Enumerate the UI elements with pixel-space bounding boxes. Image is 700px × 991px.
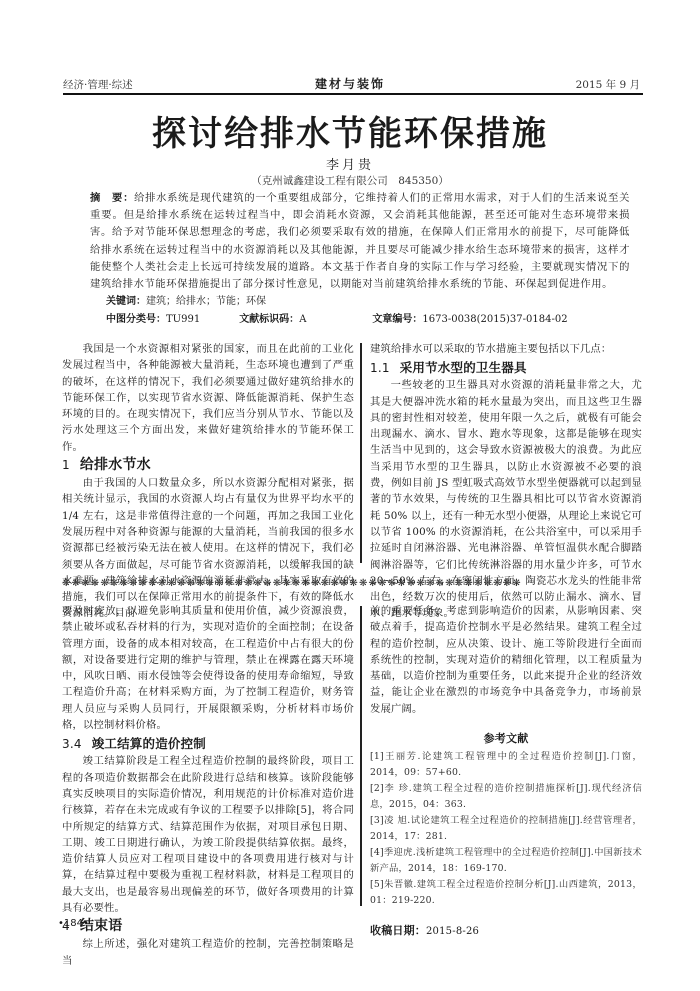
section-4-heading: 4结束语 — [62, 917, 354, 935]
column-divider — [360, 606, 362, 906]
star-divider: ❋❋❋❋❋❋❋❋❋❋❋❋❋❋❋❋❋❋❋❋❋❋❋❋❋❋❋❋❋❋❋❋❋❋❋❋❋❋❋❋… — [62, 578, 642, 589]
reference-item: [5]朱晋徽.建筑工程全过程造价控制分析[J].山西建筑，2013，01：219… — [370, 877, 642, 909]
abstract: 摘 要：给排水系统是现代建筑的一个重要组成部分，它维持着人们的正常用水需求，对于… — [90, 190, 630, 293]
reference-item: [2]李 珍.建筑工程全过程的造价控制措施探析[J].现代经济信息，2015，0… — [370, 781, 642, 813]
section-3-4-heading: 3.4竣工结算的造价控制 — [62, 735, 354, 753]
column-divider — [360, 343, 362, 563]
continued-paragraph: 要及时安放，以避免影响其质量和使用价值，减少资源浪费，禁止破坏或私吞材料的行为，… — [62, 603, 354, 733]
conclusion-continued: 前的重要任务，考虑到影响造价的因素，从影响因素、突破点着手，提高造价控制水平是必… — [370, 603, 642, 717]
article-title: 探讨给排水节能环保措施 — [0, 106, 700, 155]
references-title: 参考文献 — [370, 731, 642, 747]
page-number: •184• — [58, 918, 89, 929]
reference-item: [1]王丽芳.论建筑工程管理中的全过程造价控制[J].门窗，2014，09：57… — [370, 749, 642, 781]
intro-paragraph: 我国是一个水资源相对紧张的国家，而且在此前的工业化发展过程当中，各种能源被大量消… — [62, 341, 354, 455]
author: 李月贵 — [0, 154, 700, 173]
issue-date: 2015 年 9 月 — [576, 77, 640, 92]
section-1-heading: 1给排水节水 — [62, 456, 354, 474]
keywords: 关键词：建筑；给排水；节能；环保 — [106, 292, 266, 307]
clc-field: 中图分类号：TU991 — [106, 310, 236, 325]
section-4-paragraph: 综上所述，强化对建筑工程造价的控制，完善控制策略是当 — [62, 936, 354, 969]
bottom-right-column: 前的重要任务，考虑到影响造价的因素，从影响因素、突破点着手，提高造价控制水平是必… — [370, 603, 642, 941]
keywords-label: 关键词： — [106, 296, 146, 307]
section-1-1-heading: 1.1采用节水型的卫生器具 — [370, 359, 642, 377]
section-3-4-paragraph: 竣工结算阶段是工程全过程造价控制的最终阶段，项目工程的各项造价数据都会在此阶段进… — [62, 753, 354, 916]
doc-code-field: 文献标识码：A — [239, 310, 369, 325]
article-no-field: 文章编号：1673-0038(2015)37-0184-02 — [372, 310, 567, 325]
received-date: 收稿日期：2015-8-26 — [370, 923, 642, 940]
abstract-text: 给排水系统是现代建筑的一个重要组成部分，它维持着人们的正常用水需求，对于人们的生… — [90, 192, 630, 290]
keywords-text: 建筑；给排水；节能；环保 — [146, 296, 266, 307]
continued-paragraph: 建筑给排水可以采取的节水措施主要包括以下几点： — [370, 341, 642, 357]
reference-item: [3]凌 旭.试论建筑工程全过程造价的控制措施[J].经营管理者，2014，17… — [370, 813, 642, 845]
article-meta: 中图分类号：TU991 文献标识码：A 文章编号：1673-0038(2015)… — [106, 310, 626, 325]
abstract-label: 摘 要： — [90, 192, 134, 204]
bottom-left-column: 要及时安放，以避免影响其质量和使用价值，减少资源浪费，禁止破坏或私吞材料的行为，… — [62, 603, 354, 969]
header-rule — [63, 93, 643, 95]
affiliation: （克州诚鑫建设工程有限公司 845350） — [0, 173, 700, 188]
reference-item: [4]季迎虎.浅析建筑工程管理中的全过程造价控制[J].中国新技术新产品，201… — [370, 845, 642, 877]
section-1-paragraph: 由于我国的人口数量众多，所以水资源分配相对紧张，据相关统计显示，我国的水资源人均… — [62, 475, 354, 622]
